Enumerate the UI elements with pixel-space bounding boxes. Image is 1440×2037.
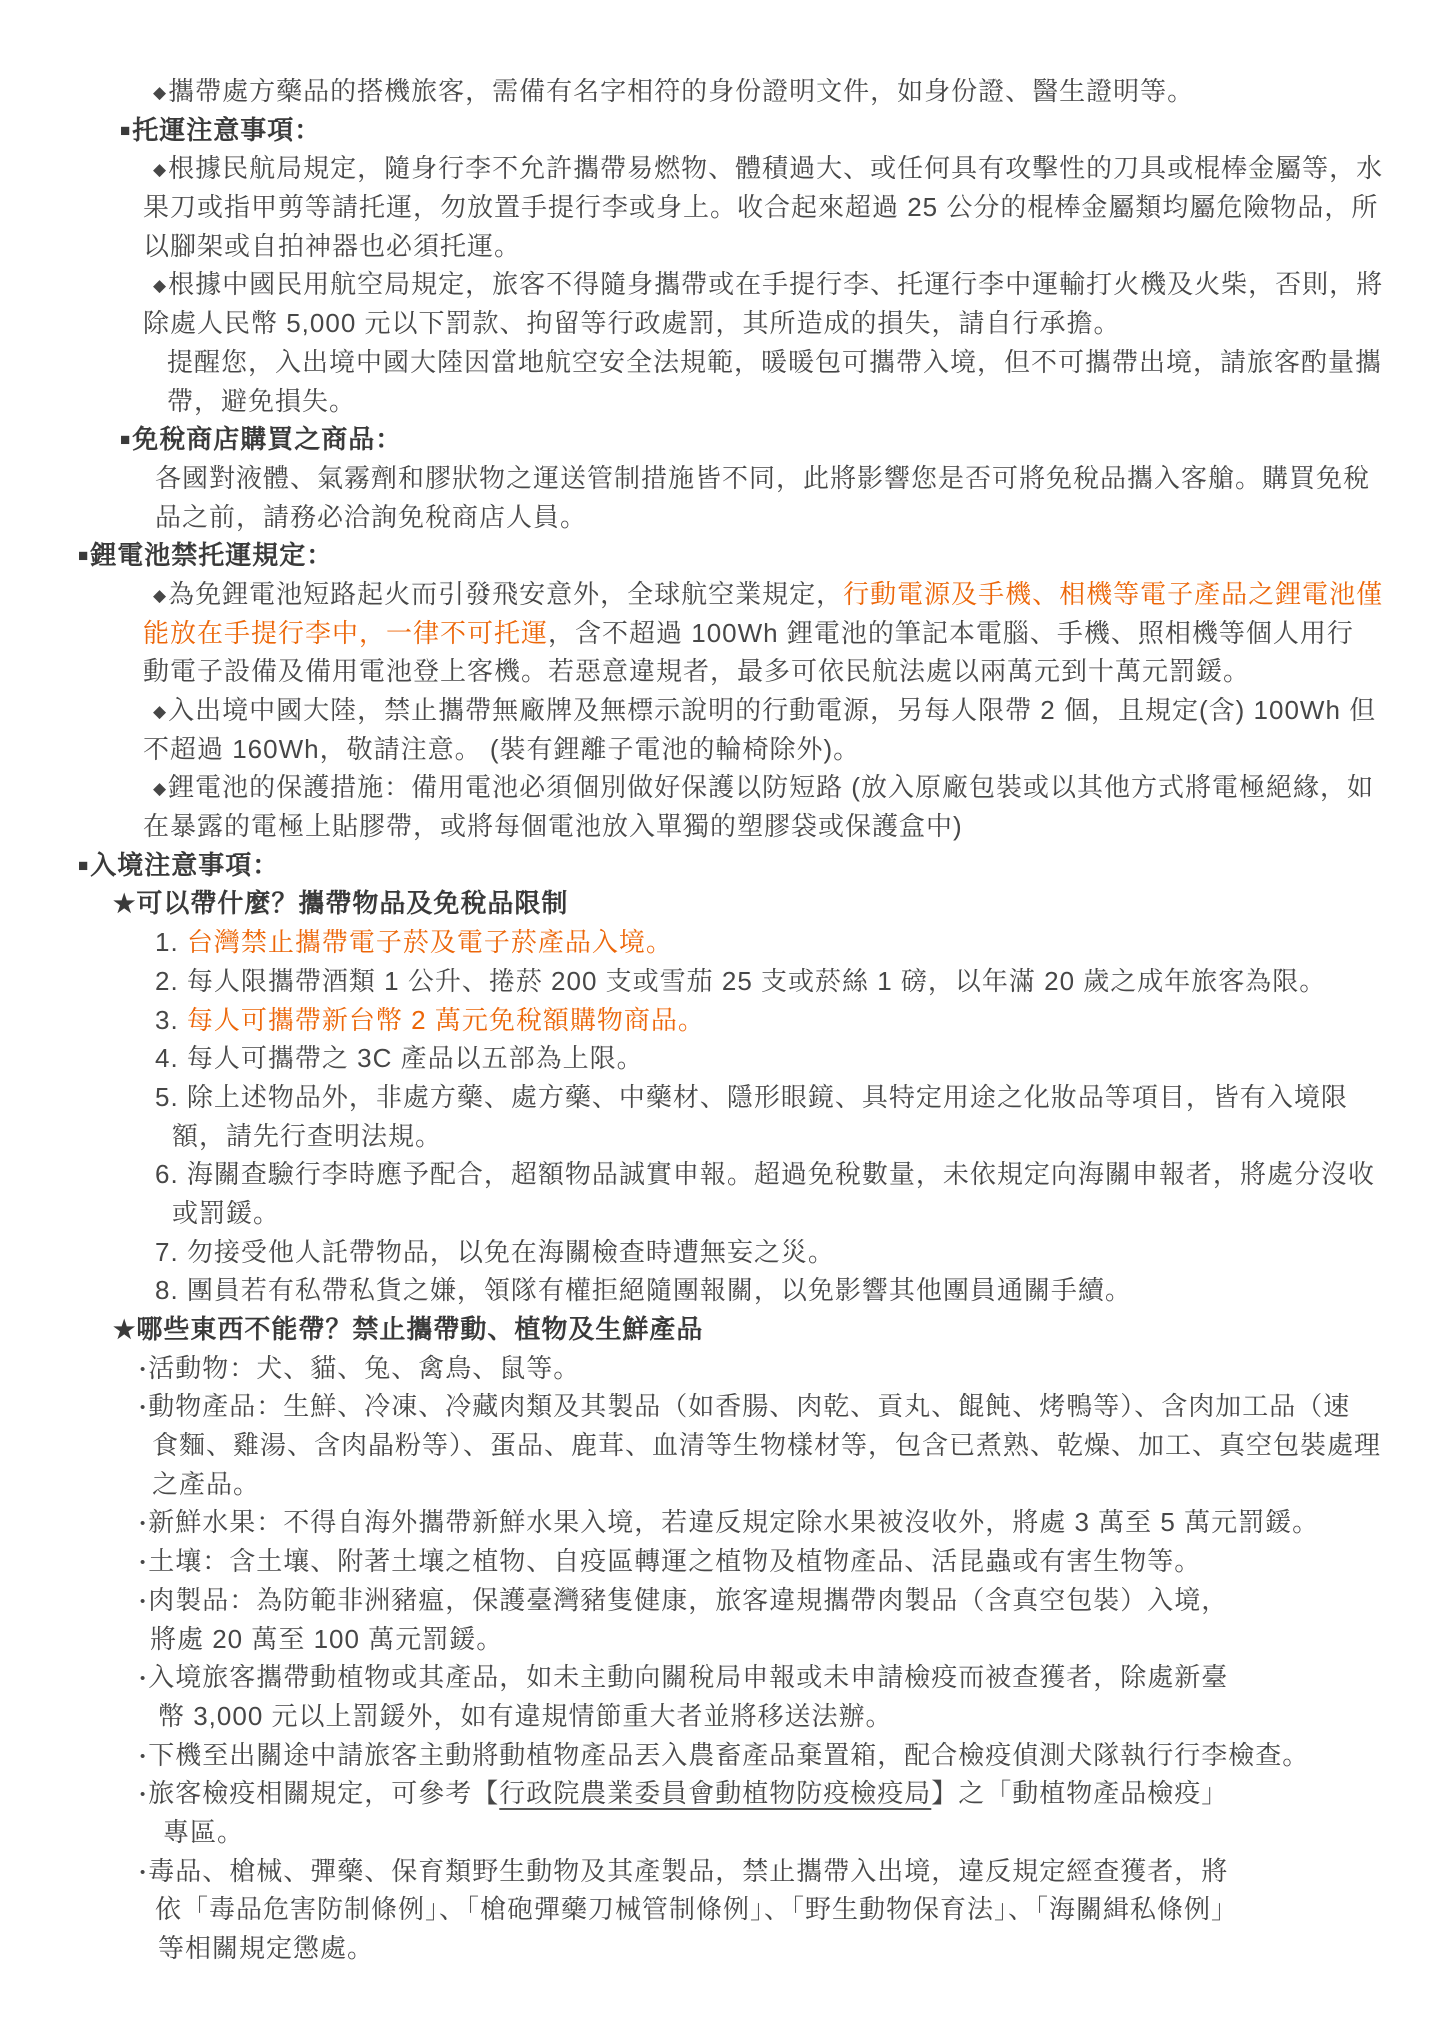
- text-segment: 活動物：犬、貓、兔、禽鳥、鼠等。: [148, 1353, 580, 1383]
- text-segment: 除處人民幣 5,000 元以下罰款、拘留等行政處罰，其所造成的損失，請自行承擔。: [143, 308, 1121, 338]
- text-segment: 果刀或指甲剪等請托運，勿放置手提行李或身上。收合起來超過 25 公分的棍棒金屬類…: [143, 192, 1378, 222]
- numbered-item-8: 8. 團員若有私帶私貨之嫌，領隊有權拒絕隨團報關，以免影響其他團員通關手續。: [155, 1271, 1440, 1310]
- diamond-bullet-icon: ◆: [153, 83, 168, 102]
- text-segment: 鋰電池禁托運規定：: [90, 540, 333, 570]
- bullet-live-animals: •活動物：犬、貓、兔、禽鳥、鼠等。: [140, 1349, 1440, 1388]
- note-caa-rules: ◆根據民航局規定，隨身行李不允許攜帶易燃物、體積過大、或任何具有攻擊性的刀具或棍…: [153, 149, 1440, 188]
- text-line: 幣 3,000 元以上罰鍰外，如有違規情節重大者並將移送法辦。: [158, 1697, 1440, 1736]
- subheading-what-cannot-bring: ★哪些東西不能帶？禁止攜帶動、植物及生鮮產品: [113, 1310, 1440, 1349]
- text-segment: 肉製品：為防範非洲豬瘟，保護臺灣豬隻健康，旅客違規攜帶肉製品（含真空包裝）入境，: [148, 1585, 1228, 1615]
- text-segment: 攜帶處方藥品的搭機旅客，需備有名字相符的身份證明文件，如身份證、醫生證明等。: [168, 76, 1194, 106]
- section-heading-entry-notes: ■入境注意事項：: [78, 846, 1440, 885]
- text-line: 在暴露的電極上貼膠帶，或將每個電池放入單獨的塑膠袋或保護盒中): [143, 807, 1440, 846]
- diamond-bullet-icon: ◆: [153, 160, 168, 179]
- text-line: 專區。: [163, 1813, 1440, 1852]
- text-segment: 8. 團員若有私帶私貨之嫌，領隊有權拒絕隨團報關，以免影響其他團員通關手續。: [155, 1275, 1132, 1305]
- text-line: 品之前，請務必洽詢免稅商店人員。: [155, 498, 1440, 537]
- note-warmer-pack: 提醒您，入出境中國大陸因當地航空安全法規範，暖暖包可攜帶入境，但不可攜帶出境，請…: [167, 343, 1440, 382]
- text-segment: 食麵、雞湯、含肉晶粉等）、蛋品、鹿茸、血清等生物樣材等，包含已煮熟、乾燥、加工、…: [152, 1430, 1381, 1460]
- note-powerbank-china: ◆入出境中國大陸，禁止攜帶無廠牌及無標示說明的行動電源，另每人限帶 2 個，且規…: [153, 691, 1440, 730]
- numbered-item-7: 7. 勿接受他人託帶物品，以免在海關檢查時遭無妄之災。: [155, 1233, 1440, 1272]
- text-segment: 6. 海關查驗行李時應予配合，超額物品誠實申報。超過免稅數量，未依規定向海關申報…: [155, 1159, 1375, 1189]
- square-bullet-icon: ■: [78, 856, 90, 875]
- note-battery-protection: ◆鋰電池的保護措施：備用電池必須個別做好保護以防短路 (放入原廠包裝或以其他方式…: [153, 768, 1440, 807]
- diamond-bullet-icon: ◆: [153, 276, 168, 295]
- bullet-disposal-bins: •下機至出關途中請旅客主動將動植物產品丟入農畜產品棄置箱，配合檢疫偵測犬隊執行行…: [140, 1736, 1440, 1775]
- text-line: 動電子設備及備用電池登上客機。若惡意違規者，最多可依民航法處以兩萬元到十萬元罰鍰…: [143, 652, 1440, 691]
- note-duty-free: 各國對液體、氣霧劑和膠狀物之運送管制措施皆不同，此將影響您是否可將免稅品攜入客艙…: [155, 459, 1440, 498]
- text-line: 或罰鍰。: [172, 1194, 1440, 1233]
- diamond-bullet-icon: ◆: [153, 702, 168, 721]
- subheading-what-can-bring: ★可以帶什麼？攜帶物品及免稅品限制: [113, 884, 1440, 923]
- text-segment: 旅客檢疫相關規定，可參考【: [148, 1778, 499, 1808]
- section-heading-checked-baggage: ■托運注意事項：: [120, 111, 1440, 150]
- bullet-fresh-fruit: •新鮮水果：不得自海外攜帶新鮮水果入境，若違反規定除水果被沒收外，將處 3 萬至…: [140, 1503, 1440, 1542]
- numbered-item-4: 4. 每人可攜帶之 3C 產品以五部為上限。: [155, 1039, 1440, 1078]
- text-segment: 入境旅客攜帶動植物或其產品，如未主動向關稅局申報或未申請檢疫而被查獲者，除處新臺: [148, 1662, 1228, 1692]
- text-segment: 幣 3,000 元以上罰鍰外，如有違規情節重大者並將移送法辦。: [158, 1701, 893, 1731]
- text-segment: ，含不超過 100Wh 鋰電池的筆記本電腦、手機、照相機等個人用行: [548, 618, 1354, 648]
- bullet-quarantine-reference: •旅客檢疫相關規定，可參考【行政院農業委員會動植物防疫檢疫局】之「動植物產品檢疫…: [140, 1774, 1440, 1813]
- diamond-bullet-icon: ◆: [153, 779, 168, 798]
- text-line: 果刀或指甲剪等請托運，勿放置手提行李或身上。收合起來超過 25 公分的棍棒金屬類…: [143, 188, 1440, 227]
- text-segment: 專區。: [163, 1817, 244, 1847]
- bullet-undeclared-plants: •入境旅客攜帶動植物或其產品，如未主動向關稅局申報或未申請檢疫而被查獲者，除處新…: [140, 1658, 1440, 1697]
- text-segment: 台灣禁止攜帶電子菸及電子菸產品入境。: [187, 927, 673, 957]
- text-segment: 動電子設備及備用電池登上客機。若惡意違規者，最多可依民航法處以兩萬元到十萬元罰鍰…: [143, 656, 1250, 686]
- text-segment: 帶，避免損失。: [167, 386, 356, 416]
- text-line: 不超過 160Wh，敬請注意。 (裝有鋰離子電池的輪椅除外)。: [143, 730, 1440, 769]
- square-bullet-icon: ■: [78, 546, 90, 565]
- text-segment: 鋰電池的保護措施：備用電池必須個別做好保護以防短路 (放入原廠包裝或以其他方式將…: [168, 772, 1374, 802]
- text-segment: 額，請先行查明法規。: [172, 1121, 442, 1151]
- text-line: 除處人民幣 5,000 元以下罰款、拘留等行政處罰，其所造成的損失，請自行承擔。: [143, 304, 1440, 343]
- text-line: 額，請先行查明法規。: [172, 1117, 1440, 1156]
- square-bullet-icon: ■: [120, 121, 132, 140]
- text-segment: 在暴露的電極上貼膠帶，或將每個電池放入單獨的塑膠袋或保護盒中): [143, 811, 963, 841]
- text-segment: 入出境中國大陸，禁止攜帶無廠牌及無標示說明的行動電源，另每人限帶 2 個，且規定…: [168, 695, 1376, 725]
- star-icon: ★: [113, 1316, 136, 1344]
- text-line: 能放在手提行李中，一律不可托運，含不超過 100Wh 鋰電池的筆記本電腦、手機、…: [143, 614, 1440, 653]
- text-segment: 品之前，請務必洽詢免稅商店人員。: [155, 502, 587, 532]
- note-prescription-medicine: ◆攜帶處方藥品的搭機旅客，需備有名字相符的身份證明文件，如身份證、醫生證明等。: [153, 72, 1440, 111]
- text-segment: 下機至出關途中請旅客主動將動植物產品丟入農畜產品棄置箱，配合檢疫偵測犬隊執行行李…: [148, 1740, 1309, 1770]
- bullet-animal-products: •動物產品：生鮮、冷凍、冷藏肉類及其製品（如香腸、肉乾、貢丸、餛飩、烤鴨等）、含…: [140, 1387, 1440, 1426]
- text-line: 以腳架或自拍神器也必須托運。: [143, 227, 1440, 266]
- text-segment: 依「毒品危害防制條例」、「槍砲彈藥刀械管制條例」、「野生動物保育法」、「海關緝私…: [155, 1894, 1238, 1924]
- text-segment: 或罰鍰。: [172, 1198, 280, 1228]
- text-line: 等相關規定懲處。: [158, 1929, 1440, 1968]
- text-segment: 】之「動植物產品檢疫」: [931, 1778, 1228, 1808]
- text-segment: 以腳架或自拍神器也必須托運。: [143, 231, 521, 261]
- text-segment: 3.: [155, 1005, 187, 1035]
- text-segment: 哪些東西不能帶？禁止攜帶動、植物及生鮮產品: [136, 1314, 703, 1344]
- text-segment: 4. 每人可攜帶之 3C 產品以五部為上限。: [155, 1043, 644, 1073]
- bullet-meat-products: •肉製品：為防範非洲豬瘟，保護臺灣豬隻健康，旅客違規攜帶肉製品（含真空包裝）入境…: [140, 1581, 1440, 1620]
- text-segment: 提醒您，入出境中國大陸因當地航空安全法規範，暖暖包可攜帶入境，但不可攜帶出境，請…: [167, 347, 1382, 377]
- text-segment: 行動電源及手機、相機等電子產品之鋰電池僅: [843, 579, 1383, 609]
- document-body: ◆攜帶處方藥品的搭機旅客，需備有名字相符的身份證明文件，如身份證、醫生證明等。■…: [0, 0, 1440, 1968]
- text-line: 依「毒品危害防制條例」、「槍砲彈藥刀械管制條例」、「野生動物保育法」、「海關緝私…: [155, 1890, 1440, 1929]
- text-segment: 土壤：含土壤、附著土壤之植物、自疫區轉運之植物及植物產品、活昆蟲或有害生物等。: [148, 1546, 1201, 1576]
- text-segment: 免稅商店購買之商品：: [132, 424, 402, 454]
- text-segment: 5. 除上述物品外，非處方藥、處方藥、中藥材、隱形眼鏡、具特定用途之化妝品等項目…: [155, 1082, 1348, 1112]
- text-segment: 每人可攜帶新台幣 2 萬元免稅額購物商品。: [187, 1005, 705, 1035]
- numbered-item-2: 2. 每人限攜帶酒類 1 公升、捲菸 200 支或雪茄 25 支或菸絲 1 磅，…: [155, 962, 1440, 1001]
- text-segment: 各國對液體、氣霧劑和膠狀物之運送管制措施皆不同，此將影響您是否可將免稅品攜入客艙…: [155, 463, 1370, 493]
- star-icon: ★: [113, 890, 136, 918]
- text-segment: 根據中國民用航空局規定，旅客不得隨身攜帶或在手提行李、托運行李中運輸打火機及火柴…: [168, 269, 1383, 299]
- text-segment: 2. 每人限攜帶酒類 1 公升、捲菸 200 支或雪茄 25 支或菸絲 1 磅，…: [155, 966, 1326, 996]
- text-segment: 能放在手提行李中，一律不可托運: [143, 618, 548, 648]
- square-bullet-icon: ■: [120, 430, 132, 449]
- text-line: 之產品。: [152, 1465, 1440, 1504]
- text-segment: 入境注意事項：: [90, 850, 279, 880]
- numbered-item-3: 3. 每人可攜帶新台幣 2 萬元免稅額購物商品。: [155, 1001, 1440, 1040]
- bullet-soil: •土壤：含土壤、附著土壤之植物、自疫區轉運之植物及植物產品、活昆蟲或有害生物等。: [140, 1542, 1440, 1581]
- text-line: 食麵、雞湯、含肉晶粉等）、蛋品、鹿茸、血清等生物樣材等，包含已煮熟、乾燥、加工、…: [152, 1426, 1440, 1465]
- note-china-caac-rules: ◆根據中國民用航空局規定，旅客不得隨身攜帶或在手提行李、托運行李中運輸打火機及火…: [153, 265, 1440, 304]
- text-segment: 根據民航局規定，隨身行李不允許攜帶易燃物、體積過大、或任何具有攻擊性的刀具或棍棒…: [168, 153, 1383, 183]
- text-segment: 托運注意事項：: [132, 115, 321, 145]
- numbered-item-5: 5. 除上述物品外，非處方藥、處方藥、中藥材、隱形眼鏡、具特定用途之化妝品等項目…: [155, 1078, 1440, 1117]
- section-heading-lithium-battery: ■鋰電池禁托運規定：: [78, 536, 1440, 575]
- diamond-bullet-icon: ◆: [153, 586, 168, 605]
- section-heading-duty-free-goods: ■免稅商店購買之商品：: [120, 420, 1440, 459]
- text-line: 將處 20 萬至 100 萬元罰鍰。: [150, 1620, 1440, 1659]
- numbered-item-6: 6. 海關查驗行李時應予配合，超額物品誠實申報。超過免稅數量，未依規定向海關申報…: [155, 1155, 1440, 1194]
- text-segment: 新鮮水果：不得自海外攜帶新鮮水果入境，若違反規定除水果被沒收外，將處 3 萬至 …: [148, 1507, 1319, 1537]
- note-lithium-rules: ◆為免鋰電池短路起火而引發飛安意外，全球航空業規定，行動電源及手機、相機等電子產…: [153, 575, 1440, 614]
- text-segment: 可以帶什麼？攜帶物品及免稅品限制: [136, 888, 568, 918]
- text-segment: 動物產品：生鮮、冷凍、冷藏肉類及其製品（如香腸、肉乾、貢丸、餛飩、烤鴨等）、含肉…: [148, 1391, 1350, 1421]
- text-segment: 為免鋰電池短路起火而引發飛安意外，全球航空業規定，: [168, 579, 843, 609]
- bullet-contraband: •毒品、槍械、彈藥、保育類野生動物及其產製品，禁止攜帶入出境，違反規定經查獲者，…: [140, 1852, 1440, 1891]
- text-segment: 1.: [155, 927, 187, 957]
- numbered-item-1: 1. 台灣禁止攜帶電子菸及電子菸產品入境。: [155, 923, 1440, 962]
- text-segment: 毒品、槍械、彈藥、保育類野生動物及其產製品，禁止攜帶入出境，違反規定經查獲者，將: [148, 1856, 1228, 1886]
- text-segment: 7. 勿接受他人託帶物品，以免在海關檢查時遭無妄之災。: [155, 1237, 835, 1267]
- text-line: 帶，避免損失。: [167, 382, 1440, 421]
- text-segment: 不超過 160Wh，敬請注意。 (裝有鋰離子電池的輪椅除外)。: [143, 734, 860, 764]
- quarantine-bureau-link[interactable]: 行政院農業委員會動植物防疫檢疫局: [499, 1778, 931, 1808]
- text-segment: 等相關規定懲處。: [158, 1933, 374, 1963]
- text-segment: 之產品。: [152, 1469, 260, 1499]
- text-segment: 將處 20 萬至 100 萬元罰鍰。: [150, 1624, 503, 1654]
